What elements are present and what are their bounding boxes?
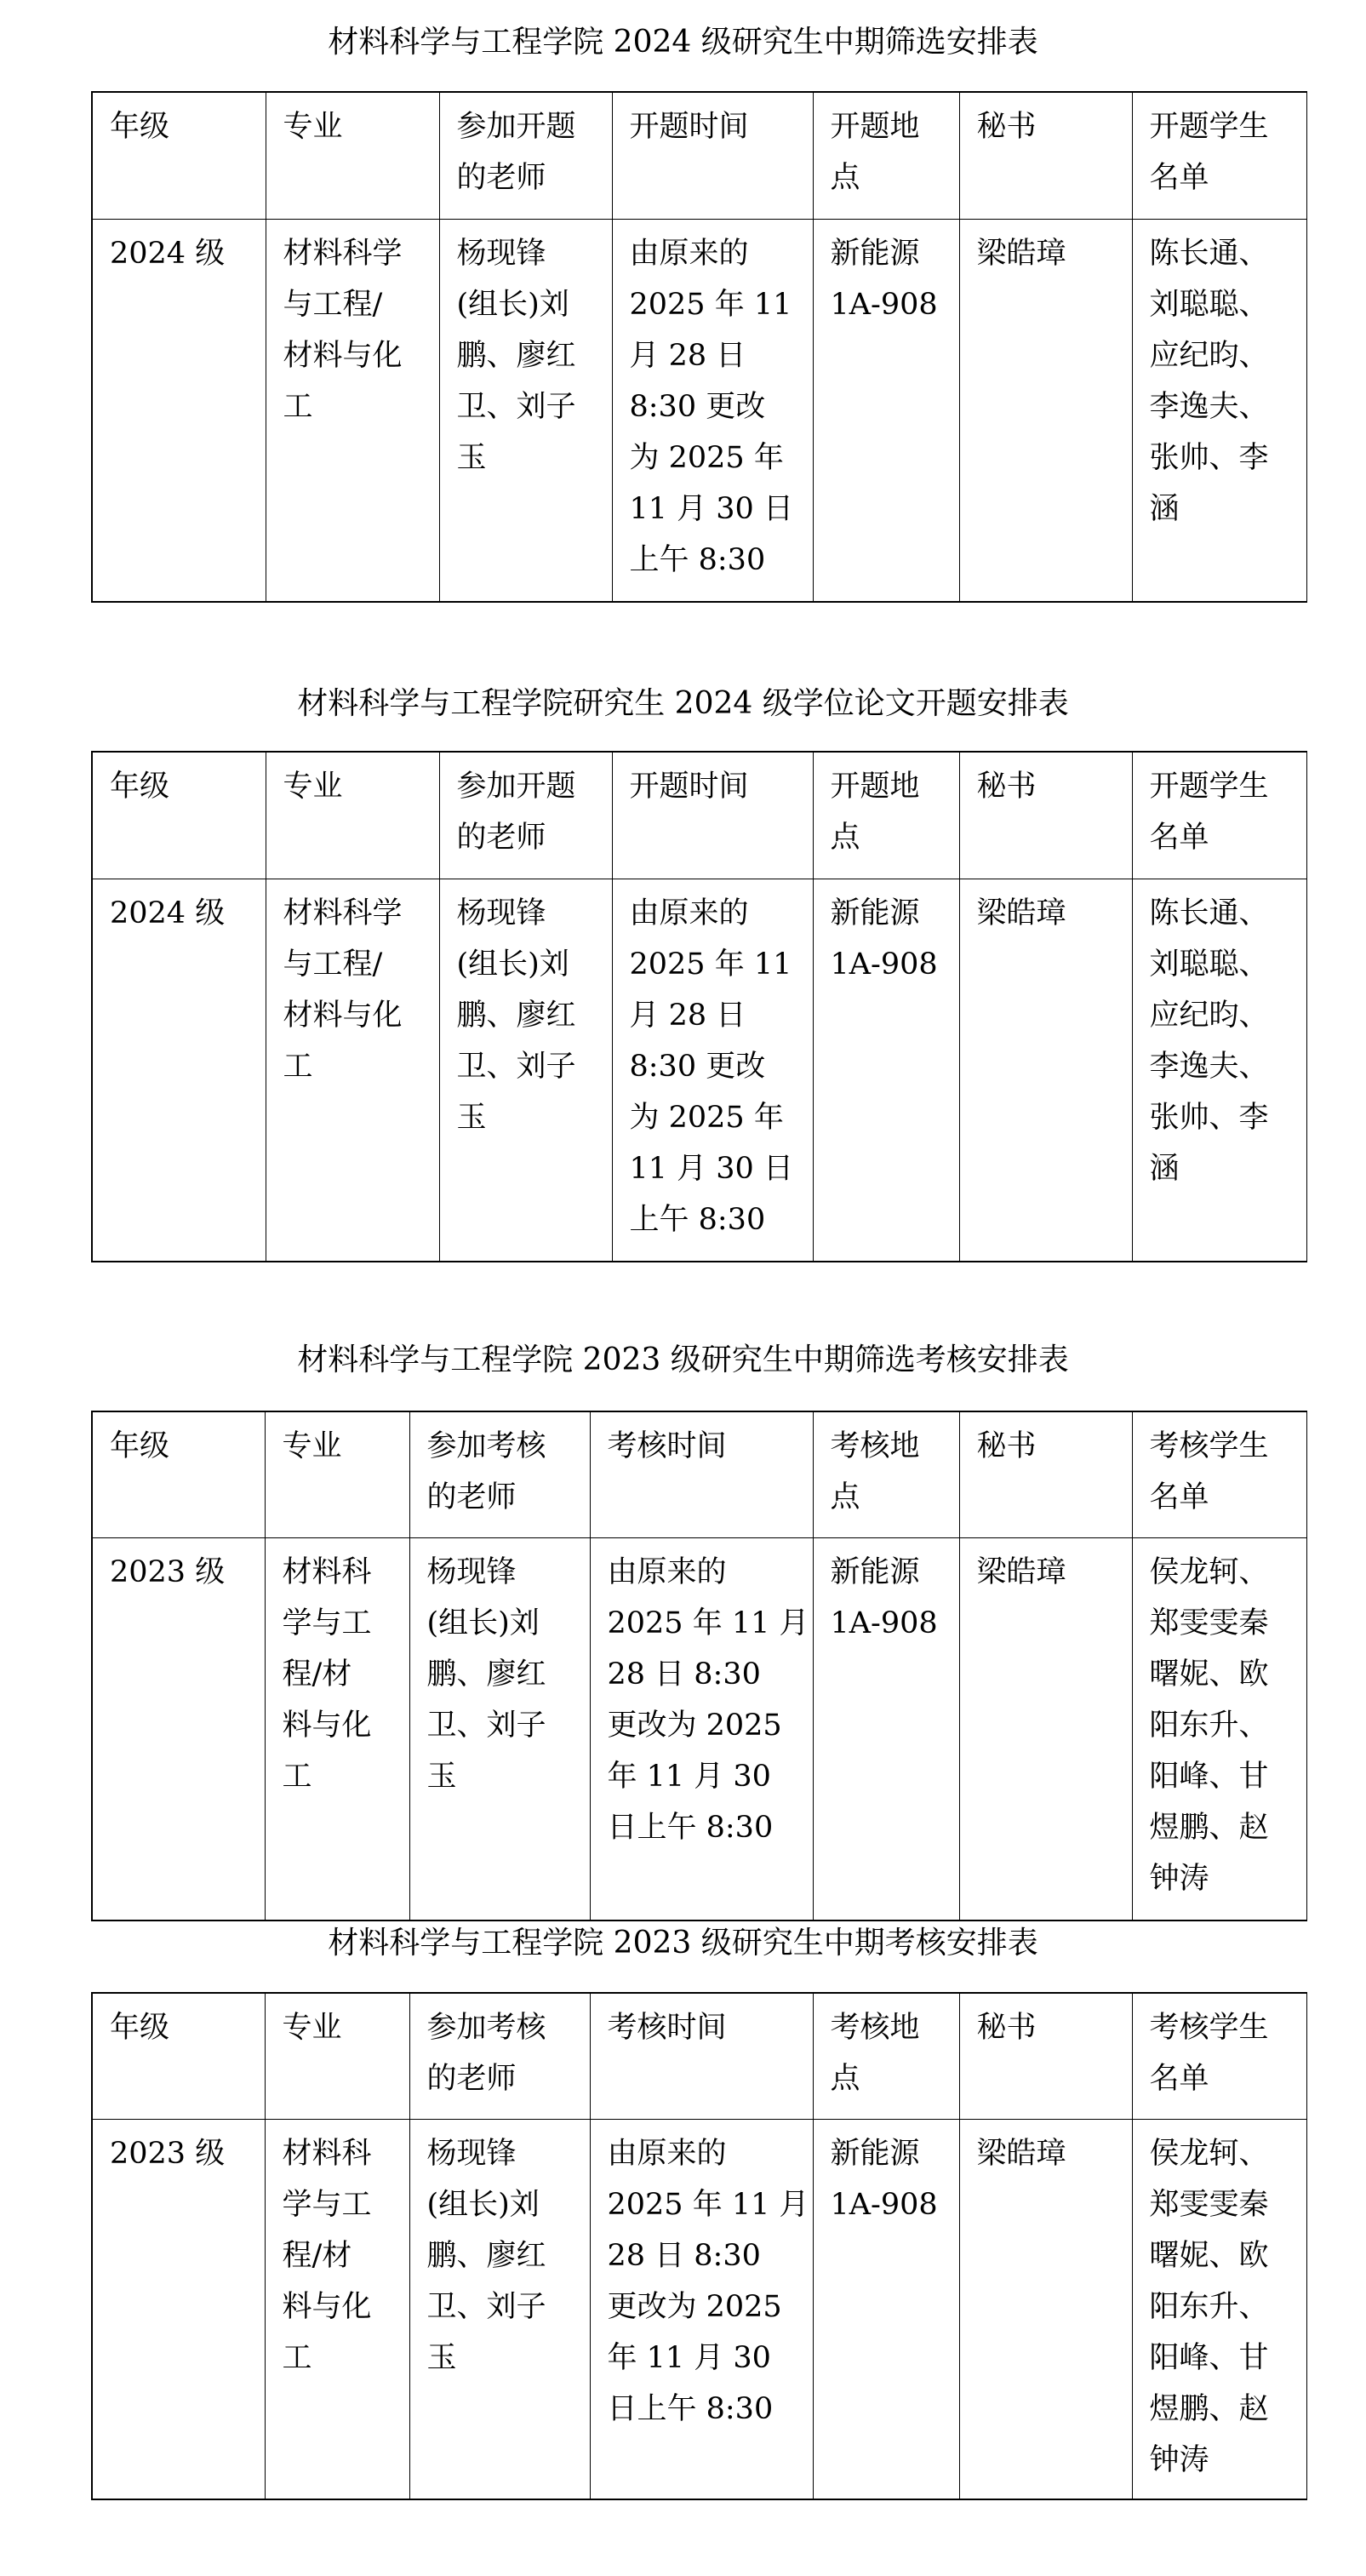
cell-text: 阳峰、甘	[1150, 1751, 1306, 1802]
header-text: 开题地	[831, 101, 959, 152]
cell-text: 料与化	[283, 2281, 409, 2333]
cell-text: 年 11 月 30	[608, 2333, 813, 2384]
header-time: 考核时间	[590, 1993, 813, 2119]
header-text: 点	[831, 2053, 959, 2104]
header-text: 名单	[1150, 812, 1306, 863]
cell-time: 由原来的2025 年 11 月28 日 8:30更改为 2025年 11 月 3…	[590, 1537, 813, 1921]
cell-text: 材料与化	[283, 330, 439, 381]
header-grade: 年级	[92, 1411, 265, 1537]
header-secretary: 秘书	[959, 1993, 1132, 2119]
cell-time: 由原来的2025 年 11 月28 日 8:30更改为 2025年 11 月 3…	[590, 2119, 813, 2499]
header-text: 秘书	[977, 2002, 1132, 2053]
cell-text: 陈长通、	[1150, 228, 1306, 279]
header-text: 开题学生	[1150, 101, 1306, 152]
cell-text: 杨现锋	[427, 1547, 590, 1598]
cell-location: 新能源1A-908	[813, 2119, 959, 2499]
header-teachers: 参加考核的老师	[409, 1411, 590, 1537]
header-text: 年级	[110, 101, 266, 152]
cell-major: 材料科学与工程/材料与化工	[266, 879, 439, 1262]
cell-text: 煜鹏、赵	[1150, 1802, 1306, 1853]
cell-text: 1A-908	[831, 1598, 959, 1649]
cell-text: (组长)刘	[427, 2179, 590, 2230]
cell-text: 李逸夫、	[1150, 1041, 1306, 1092]
cell-text: 梁皓璋	[977, 228, 1132, 279]
cell-text: 2023 级	[110, 1547, 265, 1598]
cell-text: 程/材	[283, 2230, 409, 2281]
cell-text: 由原来的	[608, 1547, 813, 1598]
cell-text: 上午 8:30	[630, 1194, 813, 1245]
cell-text: 2025 年 11	[630, 939, 813, 990]
cell-text: 玉	[457, 1092, 612, 1143]
header-text: 开题时间	[630, 101, 813, 152]
header-secretary: 秘书	[959, 92, 1132, 219]
cell-text: (组长)刘	[457, 939, 612, 990]
header-text: 的老师	[457, 152, 612, 203]
cell-text: 为 2025 年	[630, 1092, 813, 1143]
cell-grade: 2023 级	[92, 2119, 265, 2499]
header-row: 年级专业参加开题的老师开题时间开题地点秘书开题学生名单	[92, 92, 1306, 219]
cell-text: 1A-908	[831, 279, 959, 330]
header-location: 考核地点	[813, 1411, 959, 1537]
cell-text: 玉	[427, 1751, 590, 1802]
cell-text: 学与工	[283, 1598, 409, 1649]
header-text: 的老师	[457, 812, 612, 863]
cell-text: 日上午 8:30	[608, 2384, 813, 2435]
header-text: 名单	[1150, 152, 1306, 203]
cell-text: 鹏、廖红	[427, 1649, 590, 1700]
header-text: 年级	[110, 761, 266, 812]
header-text: 参加开题	[457, 101, 612, 152]
cell-text: 更改为 2025	[608, 1700, 813, 1751]
cell-text: 涵	[1150, 1143, 1306, 1194]
cell-text: 材料科	[283, 2128, 409, 2179]
header-text: 专业	[283, 2002, 409, 2053]
header-text: 点	[831, 812, 959, 863]
cell-text: 曙妮、欧	[1150, 2230, 1306, 2281]
cell-major: 材料科学与工程/材料与化工	[265, 2119, 409, 2499]
cell-text: (组长)刘	[457, 279, 612, 330]
header-text: 名单	[1150, 2053, 1306, 2104]
cell-text: 刘聪聪、	[1150, 939, 1306, 990]
header-text: 的老师	[427, 2053, 590, 2104]
cell-students: 侯龙轲、郑雯雯秦曙妮、欧阳东升、阳峰、甘煜鹏、赵钟涛	[1132, 1537, 1306, 1921]
cell-text: 与工程/	[283, 939, 439, 990]
header-major: 专业	[265, 1411, 409, 1537]
cell-text: 材料科学	[283, 228, 439, 279]
cell-text: 程/材	[283, 1649, 409, 1700]
cell-text: 钟涛	[1150, 1853, 1306, 1904]
header-text: 秘书	[977, 761, 1132, 812]
schedule-table-2: 年级专业参加开题的老师开题时间开题地点秘书开题学生名单2024 级材料科学与工程…	[91, 751, 1307, 1262]
cell-text: 材料科	[283, 1547, 409, 1598]
header-major: 专业	[265, 1993, 409, 2119]
cell-text: 侯龙轲、	[1150, 2128, 1306, 2179]
header-grade: 年级	[92, 92, 266, 219]
cell-text: 2025 年 11	[630, 279, 813, 330]
cell-location: 新能源1A-908	[813, 1537, 959, 1921]
header-time: 考核时间	[590, 1411, 813, 1537]
cell-text: 鹏、廖红	[457, 990, 612, 1041]
cell-text: 钟涛	[1150, 2435, 1306, 2486]
header-teachers: 参加开题的老师	[439, 92, 612, 219]
cell-text: 鹏、廖红	[427, 2230, 590, 2281]
cell-text: 刘聪聪、	[1150, 279, 1306, 330]
header-students: 考核学生名单	[1132, 1411, 1306, 1537]
table-row: 2023 级材料科学与工程/材料与化工杨现锋(组长)刘鹏、廖红卫、刘子玉由原来的…	[92, 1537, 1306, 1921]
cell-text: 阳东升、	[1150, 1700, 1306, 1751]
header-text: 考核地	[831, 1421, 959, 1472]
header-grade: 年级	[92, 1993, 265, 2119]
cell-text: 卫、刘子	[427, 2281, 590, 2333]
cell-text: 工	[283, 381, 439, 432]
cell-text: 日上午 8:30	[608, 1802, 813, 1853]
cell-text: 杨现锋	[457, 228, 612, 279]
cell-text: 涵	[1150, 484, 1306, 535]
cell-text: 与工程/	[283, 279, 439, 330]
table-row: 2023 级材料科学与工程/材料与化工杨现锋(组长)刘鹏、廖红卫、刘子玉由原来的…	[92, 2119, 1306, 2499]
cell-grade: 2023 级	[92, 1537, 265, 1921]
header-text: 参加开题	[457, 761, 612, 812]
cell-text: 杨现锋	[457, 888, 612, 939]
cell-text: 月 28 日	[630, 990, 813, 1041]
cell-text: 新能源	[831, 888, 959, 939]
cell-text: 1A-908	[831, 939, 959, 990]
header-teachers: 参加开题的老师	[439, 752, 612, 879]
cell-text: 阳东升、	[1150, 2281, 1306, 2333]
cell-text: 杨现锋	[427, 2128, 590, 2179]
cell-text: 上午 8:30	[630, 535, 813, 586]
cell-secretary: 梁皓璋	[959, 219, 1132, 602]
table-row: 2024 级材料科学与工程/材料与化工杨现锋(组长)刘鹏、廖红卫、刘子玉由原来的…	[92, 219, 1306, 602]
header-secretary: 秘书	[959, 1411, 1132, 1537]
cell-text: 梁皓璋	[977, 2128, 1132, 2179]
header-location: 考核地点	[813, 1993, 959, 2119]
cell-text: 2023 级	[110, 2128, 265, 2179]
header-text: 名单	[1150, 1472, 1306, 1523]
header-text: 点	[831, 152, 959, 203]
cell-text: 为 2025 年	[630, 432, 813, 484]
cell-secretary: 梁皓璋	[959, 1537, 1132, 1921]
cell-text: 卫、刘子	[457, 381, 612, 432]
header-text: 专业	[283, 1421, 409, 1472]
header-teachers: 参加考核的老师	[409, 1993, 590, 2119]
header-students: 开题学生名单	[1132, 752, 1306, 879]
header-students: 考核学生名单	[1132, 1993, 1306, 2119]
cell-secretary: 梁皓璋	[959, 2119, 1132, 2499]
header-location: 开题地点	[813, 752, 959, 879]
header-text: 专业	[283, 761, 439, 812]
cell-text: 由原来的	[608, 2128, 813, 2179]
header-text: 开题地	[831, 761, 959, 812]
header-text: 考核时间	[608, 1421, 813, 1472]
cell-text: 2025 年 11 月	[608, 1598, 813, 1649]
cell-text: 更改为 2025	[608, 2281, 813, 2333]
cell-text: 由原来的	[630, 228, 813, 279]
cell-text: 学与工	[283, 2179, 409, 2230]
cell-text: 郑雯雯秦	[1150, 1598, 1306, 1649]
header-text: 的老师	[427, 1472, 590, 1523]
header-time: 开题时间	[612, 92, 813, 219]
cell-text: 阳峰、甘	[1150, 2333, 1306, 2384]
header-major: 专业	[266, 752, 439, 879]
cell-text: 鹏、廖红	[457, 330, 612, 381]
cell-text: 由原来的	[630, 888, 813, 939]
table-1-title: 材料科学与工程学院 2024 级研究生中期筛选安排表	[0, 24, 1366, 61]
cell-text: 2025 年 11 月	[608, 2179, 813, 2230]
cell-text: (组长)刘	[427, 1598, 590, 1649]
cell-text: 梁皓璋	[977, 888, 1132, 939]
header-text: 参加考核	[427, 1421, 590, 1472]
cell-text: 1A-908	[831, 2179, 959, 2230]
cell-time: 由原来的2025 年 11月 28 日8:30 更改为 2025 年11 月 3…	[612, 219, 813, 602]
cell-teachers: 杨现锋(组长)刘鹏、廖红卫、刘子玉	[439, 219, 612, 602]
cell-secretary: 梁皓璋	[959, 879, 1132, 1262]
header-text: 专业	[283, 101, 439, 152]
header-text: 点	[831, 1472, 959, 1523]
cell-teachers: 杨现锋(组长)刘鹏、廖红卫、刘子玉	[409, 1537, 590, 1921]
cell-text: 11 月 30 日	[630, 1143, 813, 1194]
table-3-title: 材料科学与工程学院 2023 级研究生中期筛选考核安排表	[0, 1342, 1366, 1379]
cell-students: 陈长通、刘聪聪、应纪昀、李逸夫、张帅、李涵	[1132, 879, 1306, 1262]
cell-text: 张帅、李	[1150, 1092, 1306, 1143]
header-text: 年级	[110, 1421, 265, 1472]
cell-text: 梁皓璋	[977, 1547, 1132, 1598]
cell-text: 李逸夫、	[1150, 381, 1306, 432]
header-text: 年级	[110, 2002, 265, 2053]
header-text: 考核学生	[1150, 1421, 1306, 1472]
cell-text: 年 11 月 30	[608, 1751, 813, 1802]
cell-text: 料与化	[283, 1700, 409, 1751]
table-4-title: 材料科学与工程学院 2023 级研究生中期考核安排表	[0, 1925, 1366, 1962]
schedule-table-4: 年级专业参加考核的老师考核时间考核地点秘书考核学生名单2023 级材料科学与工程…	[91, 1992, 1307, 2500]
cell-time: 由原来的2025 年 11月 28 日8:30 更改为 2025 年11 月 3…	[612, 879, 813, 1262]
cell-location: 新能源1A-908	[813, 219, 959, 602]
cell-text: 2024 级	[110, 888, 266, 939]
cell-text: 新能源	[831, 228, 959, 279]
cell-teachers: 杨现锋(组长)刘鹏、廖红卫、刘子玉	[409, 2119, 590, 2499]
header-text: 考核地	[831, 2002, 959, 2053]
cell-text: 28 日 8:30	[608, 2230, 813, 2281]
cell-text: 煜鹏、赵	[1150, 2384, 1306, 2435]
header-text: 参加考核	[427, 2002, 590, 2053]
cell-text: 工	[283, 1751, 409, 1802]
table-2-title: 材料科学与工程学院研究生 2024 级学位论文开题安排表	[0, 685, 1366, 723]
cell-text: 曙妮、欧	[1150, 1649, 1306, 1700]
cell-text: 玉	[427, 2333, 590, 2384]
header-text: 开题时间	[630, 761, 813, 812]
header-text: 秘书	[977, 101, 1132, 152]
cell-grade: 2024 级	[92, 219, 266, 602]
header-text: 开题学生	[1150, 761, 1306, 812]
cell-text: 卫、刘子	[427, 1700, 590, 1751]
header-location: 开题地点	[813, 92, 959, 219]
cell-text: 工	[283, 2333, 409, 2384]
cell-teachers: 杨现锋(组长)刘鹏、廖红卫、刘子玉	[439, 879, 612, 1262]
cell-major: 材料科学与工程/材料与化工	[266, 219, 439, 602]
cell-text: 郑雯雯秦	[1150, 2179, 1306, 2230]
cell-text: 应纪昀、	[1150, 330, 1306, 381]
cell-grade: 2024 级	[92, 879, 266, 1262]
cell-text: 材料科学	[283, 888, 439, 939]
header-row: 年级专业参加考核的老师考核时间考核地点秘书考核学生名单	[92, 1411, 1306, 1537]
cell-text: 材料与化	[283, 990, 439, 1041]
cell-text: 11 月 30 日	[630, 484, 813, 535]
cell-text: 陈长通、	[1150, 888, 1306, 939]
header-row: 年级专业参加考核的老师考核时间考核地点秘书考核学生名单	[92, 1993, 1306, 2119]
cell-text: 玉	[457, 432, 612, 484]
cell-text: 28 日 8:30	[608, 1649, 813, 1700]
cell-text: 卫、刘子	[457, 1041, 612, 1092]
cell-location: 新能源1A-908	[813, 879, 959, 1262]
cell-text: 张帅、李	[1150, 432, 1306, 484]
cell-text: 2024 级	[110, 228, 266, 279]
cell-text: 8:30 更改	[630, 1041, 813, 1092]
header-text: 考核学生	[1150, 2002, 1306, 2053]
cell-text: 工	[283, 1041, 439, 1092]
cell-text: 新能源	[831, 2128, 959, 2179]
cell-text: 应纪昀、	[1150, 990, 1306, 1041]
header-grade: 年级	[92, 752, 266, 879]
header-text: 考核时间	[608, 2002, 813, 2053]
cell-students: 侯龙轲、郑雯雯秦曙妮、欧阳东升、阳峰、甘煜鹏、赵钟涛	[1132, 2119, 1306, 2499]
cell-text: 侯龙轲、	[1150, 1547, 1306, 1598]
cell-text: 月 28 日	[630, 330, 813, 381]
header-row: 年级专业参加开题的老师开题时间开题地点秘书开题学生名单	[92, 752, 1306, 879]
cell-text: 新能源	[831, 1547, 959, 1598]
schedule-table-1: 年级专业参加开题的老师开题时间开题地点秘书开题学生名单2024 级材料科学与工程…	[91, 91, 1307, 603]
cell-text: 8:30 更改	[630, 381, 813, 432]
cell-major: 材料科学与工程/材料与化工	[265, 1537, 409, 1921]
header-time: 开题时间	[612, 752, 813, 879]
header-text: 秘书	[977, 1421, 1132, 1472]
header-students: 开题学生名单	[1132, 92, 1306, 219]
table-row: 2024 级材料科学与工程/材料与化工杨现锋(组长)刘鹏、廖红卫、刘子玉由原来的…	[92, 879, 1306, 1262]
cell-students: 陈长通、刘聪聪、应纪昀、李逸夫、张帅、李涵	[1132, 219, 1306, 602]
header-secretary: 秘书	[959, 752, 1132, 879]
schedule-table-3: 年级专业参加考核的老师考核时间考核地点秘书考核学生名单2023 级材料科学与工程…	[91, 1411, 1307, 1921]
header-major: 专业	[266, 92, 439, 219]
